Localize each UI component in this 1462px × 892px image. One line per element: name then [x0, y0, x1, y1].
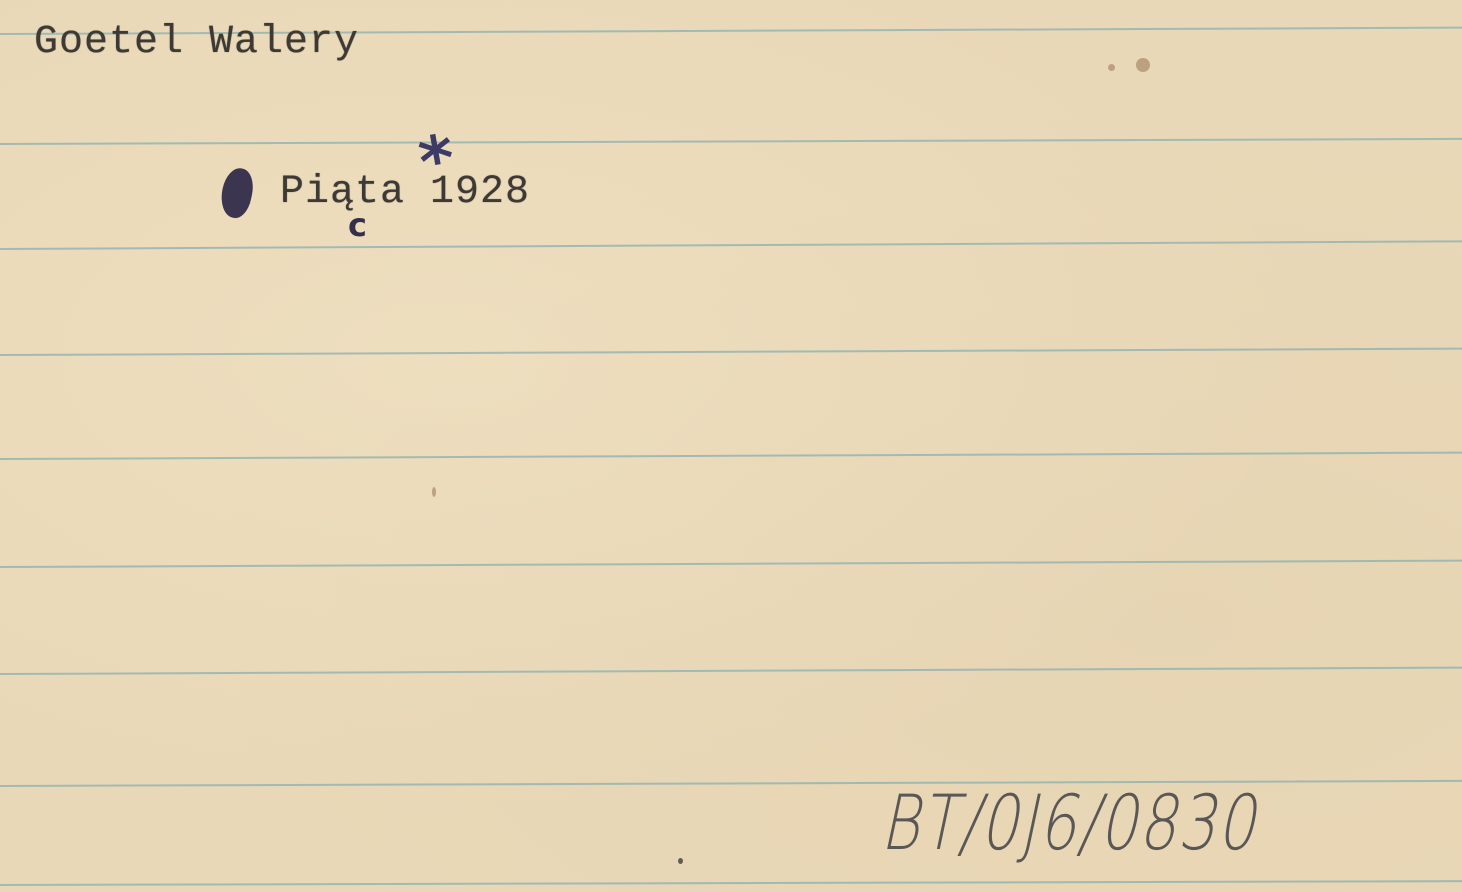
rule-line	[0, 138, 1462, 145]
name-line: Goetel Walery	[34, 20, 359, 65]
rule-line	[0, 240, 1462, 250]
ogonek-correction-mark: c	[348, 206, 367, 244]
stain	[432, 487, 436, 497]
ink-dot-mark	[217, 165, 257, 220]
stain	[1108, 64, 1115, 71]
stain	[678, 858, 683, 864]
stain	[1136, 58, 1150, 72]
rule-line	[0, 452, 1462, 460]
index-card: Goetel Walery Piąta 1928 * c BT/0J6/0830	[0, 0, 1462, 892]
rule-line	[0, 667, 1462, 675]
rule-line	[0, 880, 1462, 886]
catalog-number: BT/0J6/0830	[876, 778, 1271, 867]
rule-line	[0, 560, 1462, 568]
entry-line: Piąta 1928	[280, 170, 530, 215]
rule-line	[0, 348, 1462, 356]
